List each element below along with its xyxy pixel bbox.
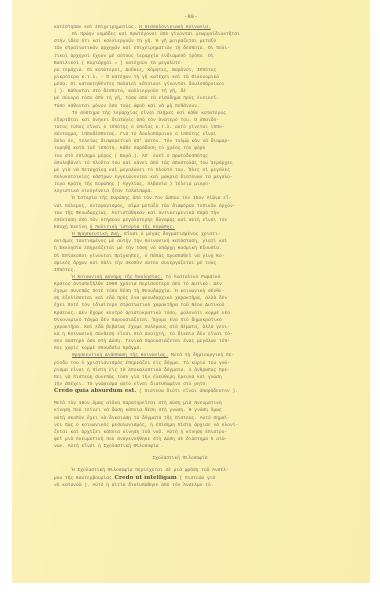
line-text: ανισμός ταυτισμένος μὲ αὐτὴν τὴν Κοινωνι… [54,239,227,244]
text-line: φεῖ μιὰ πνευματικὴ ποὺ ἀναγεννήθηκε στὴ … [54,436,306,443]
line-text: μὲ σύνορα τόσο ἀπὸ τὴ γῆ, τόσο ἀπὸ τὰ εἰ… [54,96,219,101]
line-text: Εἶναι ὁ μέγας δογματισμένος χριστι- [122,232,221,237]
line-text: τατος τύπος εἶναι ὁ ἱππότης ὁ ὁποῖος κ.τ… [54,125,225,130]
line-text: σον αὐστηρὸ ὅσο στὴ Δύση. Γενικὰ παρουσι… [54,339,230,344]
line-text: ρίοδο του ὁ χριστιανισμὸς ἐπηρεάζει εἰς … [54,361,230,366]
line-text: ( ). Κάθονται στὸ δέσποτα, καλλιεργοῦν τ… [54,89,186,94]
line-text: μικρότερα κ.τ.λ. - Ὁ κατέχων τὴ γῆ κατέχ… [54,75,219,80]
text-line: λογιστικὰ οἰκογένεια ἦταν ταλαιπώρα. [54,188,306,195]
line-text: Τὸ σύστημα τῆς ἱεραρχίας εἶναι πλῆρες κα… [72,111,226,116]
text-line: μου τῆς Καντερβουρίας.Credo ut intelliga… [54,475,306,482]
line-text: μέσα. Οἱ κατακτηθέντες παλαιοὶ κάτοικοι … [54,82,225,87]
text-line: ρισμα εἶναι ἡ πίστη εἰς τὰ Ἀποκαλυπτικὰ … [54,367,306,374]
line-text: Βασιλικοὶ ( Κυριάρχαι = ) κατέχουν τὰ με… [54,61,183,66]
line-text: λογιστικὰ οἰκογένεια ἦταν ταλαιπώρα. [54,189,153,194]
line-text: ἐξαρτᾶται καὶ ἀνήκει διαταγὲς ἀπὸ τὸν ἀν… [54,118,219,123]
text-line: ἐπέκταση ἀπὸ τῶν κτήσεων μεγαλύτερης δύν… [54,217,306,224]
text-line: σύνταγμα, ἱπποδέσποτας. Γιὰ τὸ δουλοπάρο… [54,131,306,138]
line-text: τυρηθῇ κατὰ τοῦ ἱππότη. Κάθε παράδοση τὸ… [54,146,205,151]
line-text: του στὸ ἐπίσημο μέρος ( Βυρὰ ). Ἀπ᾽ ἐκεῖ… [54,154,208,159]
line-text: Μετὰ τὸν 10ον ὅμως αἰῶνα παρατηρεῖται στ… [54,401,222,406]
text-line: Βασιλικοὶ ( Κυριάρχαι = ) κατέχουν τὰ με… [54,60,306,67]
text-line: ναι πόλεμος, ἀνταγωνισμός, αἷμα μεταξὺ τ… [54,203,306,210]
line-text: νων. Αὐτὴ εἶναι ἡ Σχολαστικὴ Φιλοσοφία . [54,444,164,449]
text-line: πολυκατοικίες κάστρων ἐγγειώνονται καὶ μ… [54,174,306,181]
text-line: των τῆς Φεουδαρχίας. Ἀντιστάθηκαν καὶ ἀν… [54,210,306,217]
line-text: ἔχομε συνεπῶς ποτὲ τόσο θέση τὴ Φεουδαρχ… [54,289,225,294]
text-line: χαρακτῆρα. Καὶ ἐδῶ βεβαίως ἔχομε πολέμου… [54,324,306,331]
line-text: στὴν ἰδέα ὅτι καὶ καλλιεργοῦν τὴ γῆ. Ἡ γ… [54,39,216,44]
line-text: Ἱππότες. [54,268,76,273]
page-number: -80- [12,14,370,20]
text-line: Ἡ Θρησκευτικὴ Ζωὴ. Εἶναι ὁ μέγας δογματι… [54,231,306,238]
line-text: κατέστησαν καὶ ἐπιχειρηματίας. [54,25,139,30]
line-text: Οἱ Ἐπίσκοποι γίνονται Πρίγκηπες, ὁ Πάπας… [54,254,225,259]
document-page: -80- κατέστησαν καὶ ἐπιχειρηματίας. Ἡ Θε… [12,0,370,583]
text-line: μὲ σύνορα τόσο ἀπὸ τὴ γῆ, τόσο ἀπὸ τὰ εἰ… [54,95,306,102]
line-text: ( πιστεύω διότι εἶναι ἀπαράδεκτον ). [136,389,238,394]
text-line: ση ἐξελίσσεται καὶ ἐδῶ πρὸς ἕνα φεουδαρχ… [54,295,306,302]
line-text: ἐπέκταση ἀπὸ τῶν κτήσεων μεγαλύτερης δύν… [54,218,227,223]
line-text: σμικὸς ἄρχων καὶ πάλι τὴν σκοπὸν αὐτὸν σ… [54,261,216,266]
line-text: νὰ κατανοῶ ). Αὐτὸ ἡ αἰτία διατυπώθηκε ἀ… [54,483,214,488]
text-line: τυρηθῇ κατὰ τοῦ ἱππότη. Κάθε παράδοση τὸ… [54,145,306,152]
line-text: ση ἐξελίσσεται καὶ ἐδῶ πρὸς ἕνα φεουδαρχ… [54,296,227,301]
line-text: κὰ ἡ Κοινωνικὴ σύνθεση εἶναι πιὸ ἀνοιχτή… [54,332,233,337]
line-text: ( πιστεύω γιὰ [177,476,216,481]
line-text: κίνηση ποὺ τείνει νὰ δώσῃ κάποια θέση στ… [54,408,222,413]
text-line: νὰ κατανοῶ ). Αὐτὸ ἡ αἰτία διατυπώθηκε ἀ… [54,482,306,489]
text-line: ανισμός ταυτισμένος μὲ αὐτὴν τὴν Κοινωνι… [54,238,306,245]
section-heading: Σχολαστικὴ Φιλοσοφία [54,455,306,462]
line-text: τερα Κράτη τῆς Εὐρώπης ( Ἀγγλίας, Ἀλβανί… [54,182,211,187]
text-line: τῶν στρατιωτικῶν ἀρχηγῶν καὶ ἐπιχειρηματ… [54,45,306,52]
text-line: Οἱ Ἐπίσκοποι γίνονται Πρίγκηπες, ὁ Πάπας… [54,253,306,260]
line-text: τῶν στρατιωτικῶν ἀρχηγῶν καὶ ἐπιχειρηματ… [54,46,230,51]
text-line: κὰ ἡ Κοινωνικὴ σύνθεση εἶναι πιὸ ἀνοιχτή… [54,331,306,338]
line-text: των τῆς Φεουδαρχίας. Ἀντιστάθηκαν καὶ ἀν… [54,211,219,216]
text-line: σμικὸς ἄρχων καὶ πάλι τὴν σκοπὸν αὐτὸν σ… [54,260,306,267]
line-text: ἄλλο ὄν, τελείως διαφορετικὸ ἀπ' αὐτόν. … [54,139,230,144]
line-text: σύνταγμα, ἱπποδέσποτας. Γιὰ τὸ δουλοπάρο… [54,132,216,137]
text-line: τικοὶ ἀρχηγοὶ ἔχουν μὲ αὐτοὺς ἱεραρχία ἐ… [54,53,306,60]
text-line: Credo quia absurdum est. ( πιστεύω διότι… [54,388,306,395]
text-line: αὐτὴ σκοπὸν ἔχει νὰ δικαιώσῃ τὰ δόγματα … [54,415,306,422]
line-text: πει νὰ πιστεύῃ συνεπῶς τόσο γιὰ τὴν ἐλεύ… [54,375,222,380]
line-text: Τόσο κάθονται μόνον ὅσο τοὺς ἀφοῦ καὶ νὰ… [54,104,200,109]
text-line: ἄλλο ὄν, τελείως διαφορετικὸ ἀπ' αὐτόν. … [54,138,306,145]
underlined-heading: ἡ πολιτικὴ ἱστορία τῆς Εὐρώπης. [90,225,175,230]
text-line: μικρότερα κ.τ.λ. - Ὁ κατέχων τὴ γῆ κατέχ… [54,74,306,81]
line-text: νει πὼς ὁ κοινωνικὸς μεσαιωνισμὸς, ἡ ἐπί… [54,423,238,428]
text-line: ἀπολαβάνει τὸ πλοῦτο του καὶ κάνει ἀπὸ τ… [54,160,306,167]
text-line: Ἐποχὴ Ἐκείνη ἡ πολιτικὴ ἱστορία τῆς Εὐρώ… [54,224,306,231]
text-line: τατος τύπος εἶναι ὁ ἱππότης ὁ ὁποῖος κ.τ… [54,124,306,131]
latin-phrase: Credo quia absurdum est. [54,388,136,394]
line-text: Ἡ Σχολαστικὴ Φιλοσοφία περιέχεται σὲ μιὰ… [72,468,229,473]
text-line: ρα τεμάχια. Οἱ κατώτεροι, Δοῦκες, Κόμητε… [54,67,306,74]
text-line: στὴν ἰδέα ὅτι καὶ καλλιεργοῦν τὴ γῆ. Ἡ γ… [54,38,306,45]
text-line: μὲ γιὰ νὰ πετυχαίνῃ καὶ μεγαλώνει τὸ πλο… [54,167,306,174]
line-text: μου τῆς Καντερβουρίας. [54,476,115,481]
line-text: πος χωρὶς κομμὲ σπουδαῖα πρᾶγμα. [54,346,142,351]
line-text: ἡ Ἐκκλησία ἐπηρεάζεται μὲ τὴν τάση νὰ ὑπ… [54,246,222,251]
latin-phrase: Credo ut intelligam [115,475,177,481]
line-text: Ἐποχὴ Ἐκείνη [54,225,90,230]
line-text: ζεται καὶ ἀρχίζει κάποια κίνηση τοῦ νοῦ.… [54,430,227,435]
underlined-heading: Ἡ Θεσσαλονικιακὴ Κοινωνία. [139,25,211,30]
text-line: Ἱππότες. [54,267,306,274]
text-line: σον αὐστηρὸ ὅσο στὴ Δύση. Γενικὰ παρουσι… [54,338,306,345]
line-text: ρισμα εἶναι ἡ πίστη εἰς τὰ Ἀποκαλυπτικὰ … [54,368,230,373]
text-line: Κράτος ἀνταπεξῆλθε 1000 χρόνια περισσότε… [54,281,306,288]
text-line: μέσα. Οἱ κατακτηθέντες παλαιοὶ κάτοικοι … [54,81,306,88]
text-line: Ἡ Ἱστορία τῆς Εὐρώπης ἀπὸ τὸν 7ον ὥσπου … [54,195,306,202]
line-text: πολυκατοικίες κάστρων ἐγγειώνονται καὶ μ… [54,175,233,180]
text-line: Κράτους. Δὲν ἔχομε κεντρὸ ἀριστοκρατικὸ … [54,310,306,317]
line-text: τὴν ἀπέχει. Τὸ γνώρισμα αὐτὸ εἶναι διατυ… [54,382,208,387]
text-line: τερα Κράτη τῆς Εὐρώπης ( Ἀγγλίας, Ἀλβανί… [54,181,306,188]
line-text: ἔχει ποτέ τὸν ἰδιαίτερο στρατιωτικὸ χαρα… [54,303,225,308]
text-line: πει νὰ πιστεύῃ συνεπῶς τόσο γιὰ τὴν ἐλεύ… [54,374,306,381]
line-text: Οἰκονομικὸ Τάγμα δὲν παρουσιάζεται. Ἔχομ… [54,318,222,323]
text-line: νων. Αὐτὴ εἶναι ἡ Σχολαστικὴ Φιλοσοφία . [54,443,306,450]
text-line: τὴν ἀπέχει. Τὸ γνώρισμα αὐτὸ εἶναι διατυ… [54,381,306,388]
text-line: ἔχομε συνεπῶς ποτὲ τόσο θέση τὴ Φεουδαρχ… [54,288,306,295]
text-line: Οἰκονομικὸ Τάγμα δὲν παρουσιάζεται. Ἔχομ… [54,317,306,324]
underlined-heading: Ἡ Κοινωνικὴ Δύναμη τῆς Ἐκκλησίας. [72,275,163,280]
line-text: ἀπολαβάνει τὸ πλοῦτο του καὶ κάνει ἀπὸ τ… [54,161,233,166]
text-line: ζεται καὶ ἀρχίζει κάποια κίνηση τοῦ νοῦ.… [54,429,306,436]
line-text: χαρακτῆρα. Καὶ ἐδῶ βεβαίως ἔχομε πολέμου… [54,325,230,330]
text-line: Ἡ Κοινωνικὴ Δύναμη τῆς Ἐκκλησίας. Τὸ Ἀνα… [54,274,306,281]
text-line: ρίοδο του ὁ χριστιανισμὸς ἐπηρεάζει εἰς … [54,360,306,367]
text-line: Θρησκευτικὴ Διάσπαση τῆς Κοινωνίας. Μετὰ… [54,352,306,359]
text-line: ἡ Ἐκκλησία ἐπηρεάζεται μὲ τὴν τάση νὰ ὑπ… [54,245,306,252]
line-text: Κράτος ἀνταπεξῆλθε 1000 χρόνια περισσότε… [54,282,222,287]
line-text: Μετὰ τὴ δημιουργικὴ πε- [168,353,234,358]
line-text: Ἡ Ἱστορία τῆς Εὐρώπης ἀπὸ τὸν 7ον ὥσπου … [72,196,232,201]
text-line: κατέστησαν καὶ ἐπιχειρηματίας. Ἡ Θεσσαλο… [54,24,306,31]
line-text: Τὸ Ἀνατολικὸ Ρωμαϊκὸ [163,275,221,280]
underlined-heading: Ἡ Θρησκευτικὴ Ζωὴ. [72,232,122,237]
text-line: ( ). Κάθονται στὸ δέσποτα, καλλιεργοῦν τ… [54,88,306,95]
text-line: Τὸ σύστημα τῆς ἱεραρχίας εἶναι πλῆρες κα… [54,110,306,117]
underlined-heading: Θρησκευτικὴ Διάσπαση τῆς Κοινωνίας. [72,353,168,358]
line-text: τικοὶ ἀρχηγοὶ ἔχουν μὲ αὐτοὺς ἱεραρχία ἐ… [54,54,214,59]
line-text: μὲ γιὰ νὰ πετυχαίνῃ καὶ μεγαλώνει τὸ πλο… [54,168,230,173]
text-line: Τόσο κάθονται μόνον ὅσο τοὺς ἀφοῦ καὶ νὰ… [54,103,306,110]
line-text: Κράτους. Δὲν ἔχομε κεντρὸ ἀριστοκρατικὸ … [54,311,230,316]
document-body: κατέστησαν καὶ ἐπιχειρηματίας. Ἡ Θεσσαλο… [54,24,306,489]
text-line: Ἡ Σχολαστικὴ Φιλοσοφία περιέχεται σὲ μιὰ… [54,467,306,474]
text-line: κίνηση ποὺ τείνει νὰ δώσῃ κάποια θέση στ… [54,407,306,414]
text-line: ἔχει ποτέ τὸν ἰδιαίτερο στρατιωτικὸ χαρα… [54,302,306,309]
text-line: ἐξαρτᾶται καὶ ἀνήκει διαταγὲς ἀπὸ τὸν ἀν… [54,117,306,124]
line-text: αὐτὴ σκοπὸν ἔχει νὰ δικαιώσῃ τὰ δόγματα … [54,416,230,421]
text-line: πος χωρὶς κομμὲ σπουδαῖα πρᾶγμα. [54,345,306,352]
line-text: ρα τεμάχια. Οἱ κατώτεροι, Δοῦκες, Κόμητε… [54,68,216,73]
text-line: Μετὰ τὸν 10ον ὅμως αἰῶνα παρατηρεῖται στ… [54,400,306,407]
line-text: Οἱ πρώην νομάδες καὶ πρωτόγονοι ἀπὸ γίνο… [72,32,240,37]
text-line: νει πὼς ὁ κοινωνικὸς μεσαιωνισμὸς, ἡ ἐπί… [54,422,306,429]
line-text: ναι πόλεμος, ἀνταγωνισμός, αἷμα μεταξὺ τ… [54,204,236,209]
text-line: του στὸ ἐπίσημο μέρος ( Βυρὰ ). Ἀπ᾽ ἐκεῖ… [54,153,306,160]
text-line: Οἱ πρώην νομάδες καὶ πρωτόγονοι ἀπὸ γίνο… [54,31,306,38]
line-text: φεῖ μιὰ πνευματικὴ ποὺ ἀναγεννήθηκε στὴ … [54,437,227,442]
